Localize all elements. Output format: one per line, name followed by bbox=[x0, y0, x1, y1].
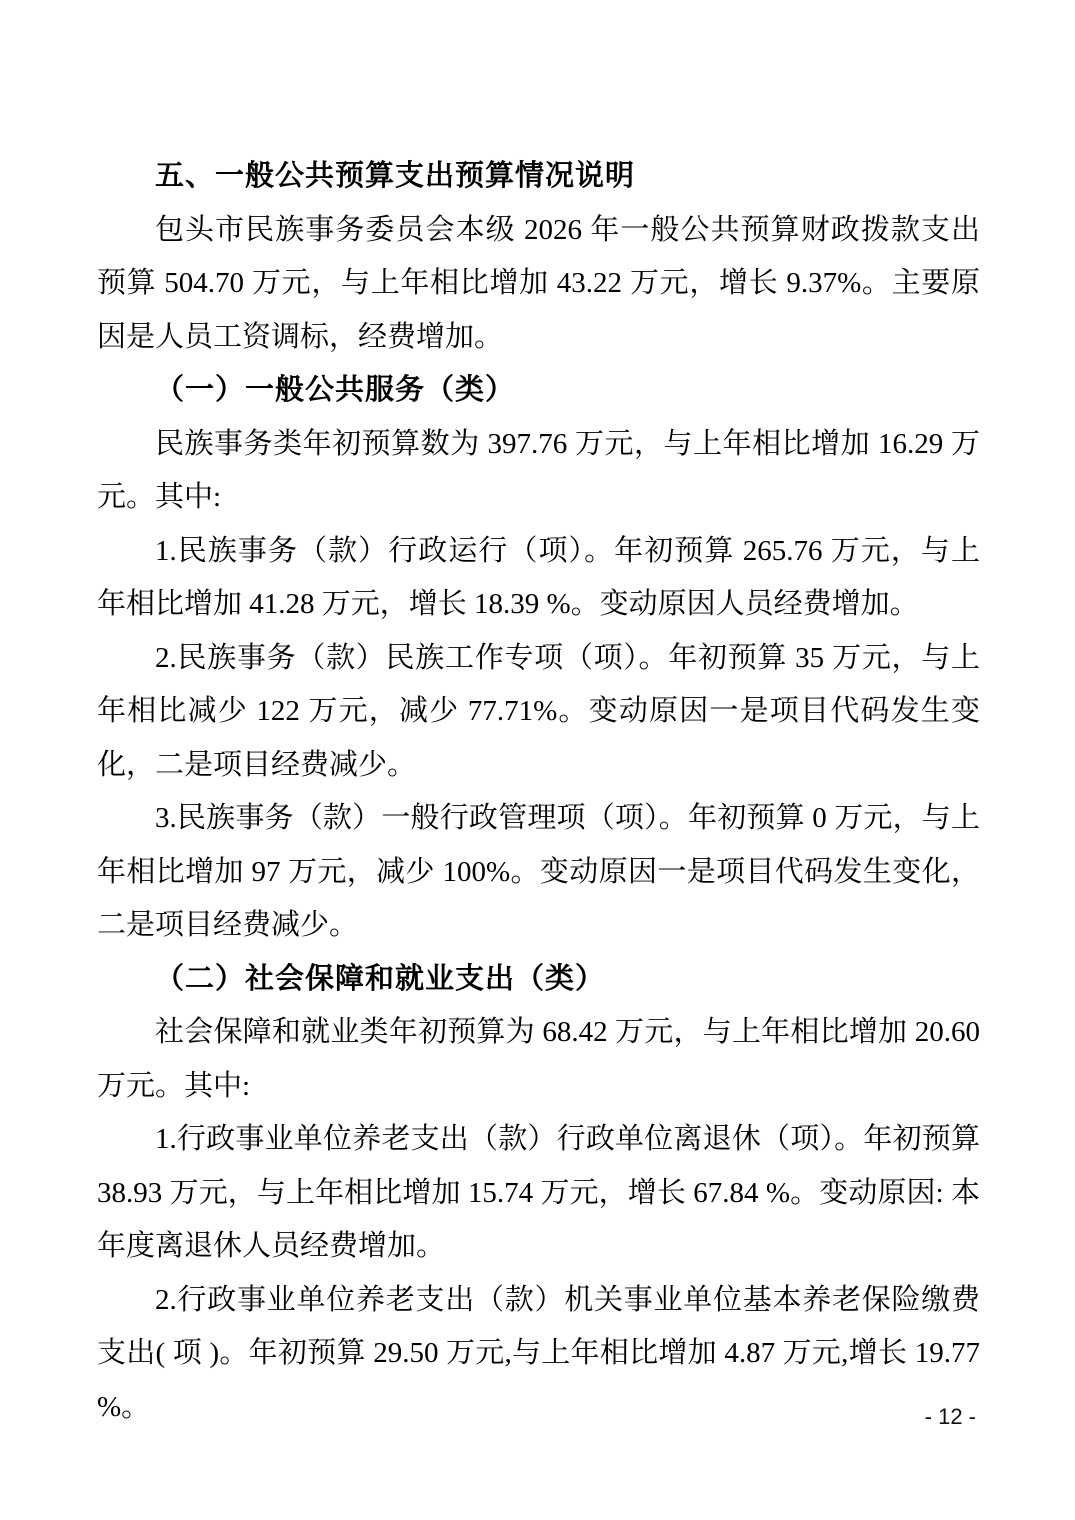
intro-paragraph: 包头市民族事务委员会本级 2026 年一般公共预算财政拨款支出预算 504.70… bbox=[97, 204, 980, 365]
subsection-2-summary: 社会保障和就业类年初预算为 68.42 万元，与上年相比增加 20.60 万元。… bbox=[97, 1006, 980, 1113]
subsection-1-item-2: 2.民族事务（款）民族工作专项（项）。年初预算 35 万元，与上年相比减少 12… bbox=[97, 632, 980, 793]
subsection-1-summary: 民族事务类年初预算数为 397.76 万元，与上年相比增加 16.29 万元。其… bbox=[97, 418, 980, 525]
document-body: 五、一般公共预算支出预算情况说明 包头市民族事务委员会本级 2026 年一般公共… bbox=[97, 150, 980, 1434]
subsection-2-item-2: 2.行政事业单位养老支出（款）机关事业单位基本养老保险缴费支出( 项 )。年初预… bbox=[97, 1274, 980, 1435]
section-heading: 五、一般公共预算支出预算情况说明 bbox=[97, 150, 980, 204]
subsection-1-item-1: 1.民族事务（款）行政运行（项）。年初预算 265.76 万元，与上年相比增加 … bbox=[97, 525, 980, 632]
page-number: - 12 - bbox=[925, 1404, 976, 1430]
subsection-1-heading: （一）一般公共服务（类） bbox=[97, 364, 980, 418]
document-page: 五、一般公共预算支出预算情况说明 包头市民族事务委员会本级 2026 年一般公共… bbox=[0, 0, 1075, 1520]
subsection-1-item-3: 3.民族事务（款）一般行政管理项（项）。年初预算 0 万元，与上年相比增加 97… bbox=[97, 792, 980, 953]
subsection-2-heading: （二）社会保障和就业支出（类） bbox=[97, 953, 980, 1007]
subsection-2-item-1: 1.行政事业单位养老支出（款）行政单位离退休（项）。年初预算 38.93 万元，… bbox=[97, 1113, 980, 1274]
